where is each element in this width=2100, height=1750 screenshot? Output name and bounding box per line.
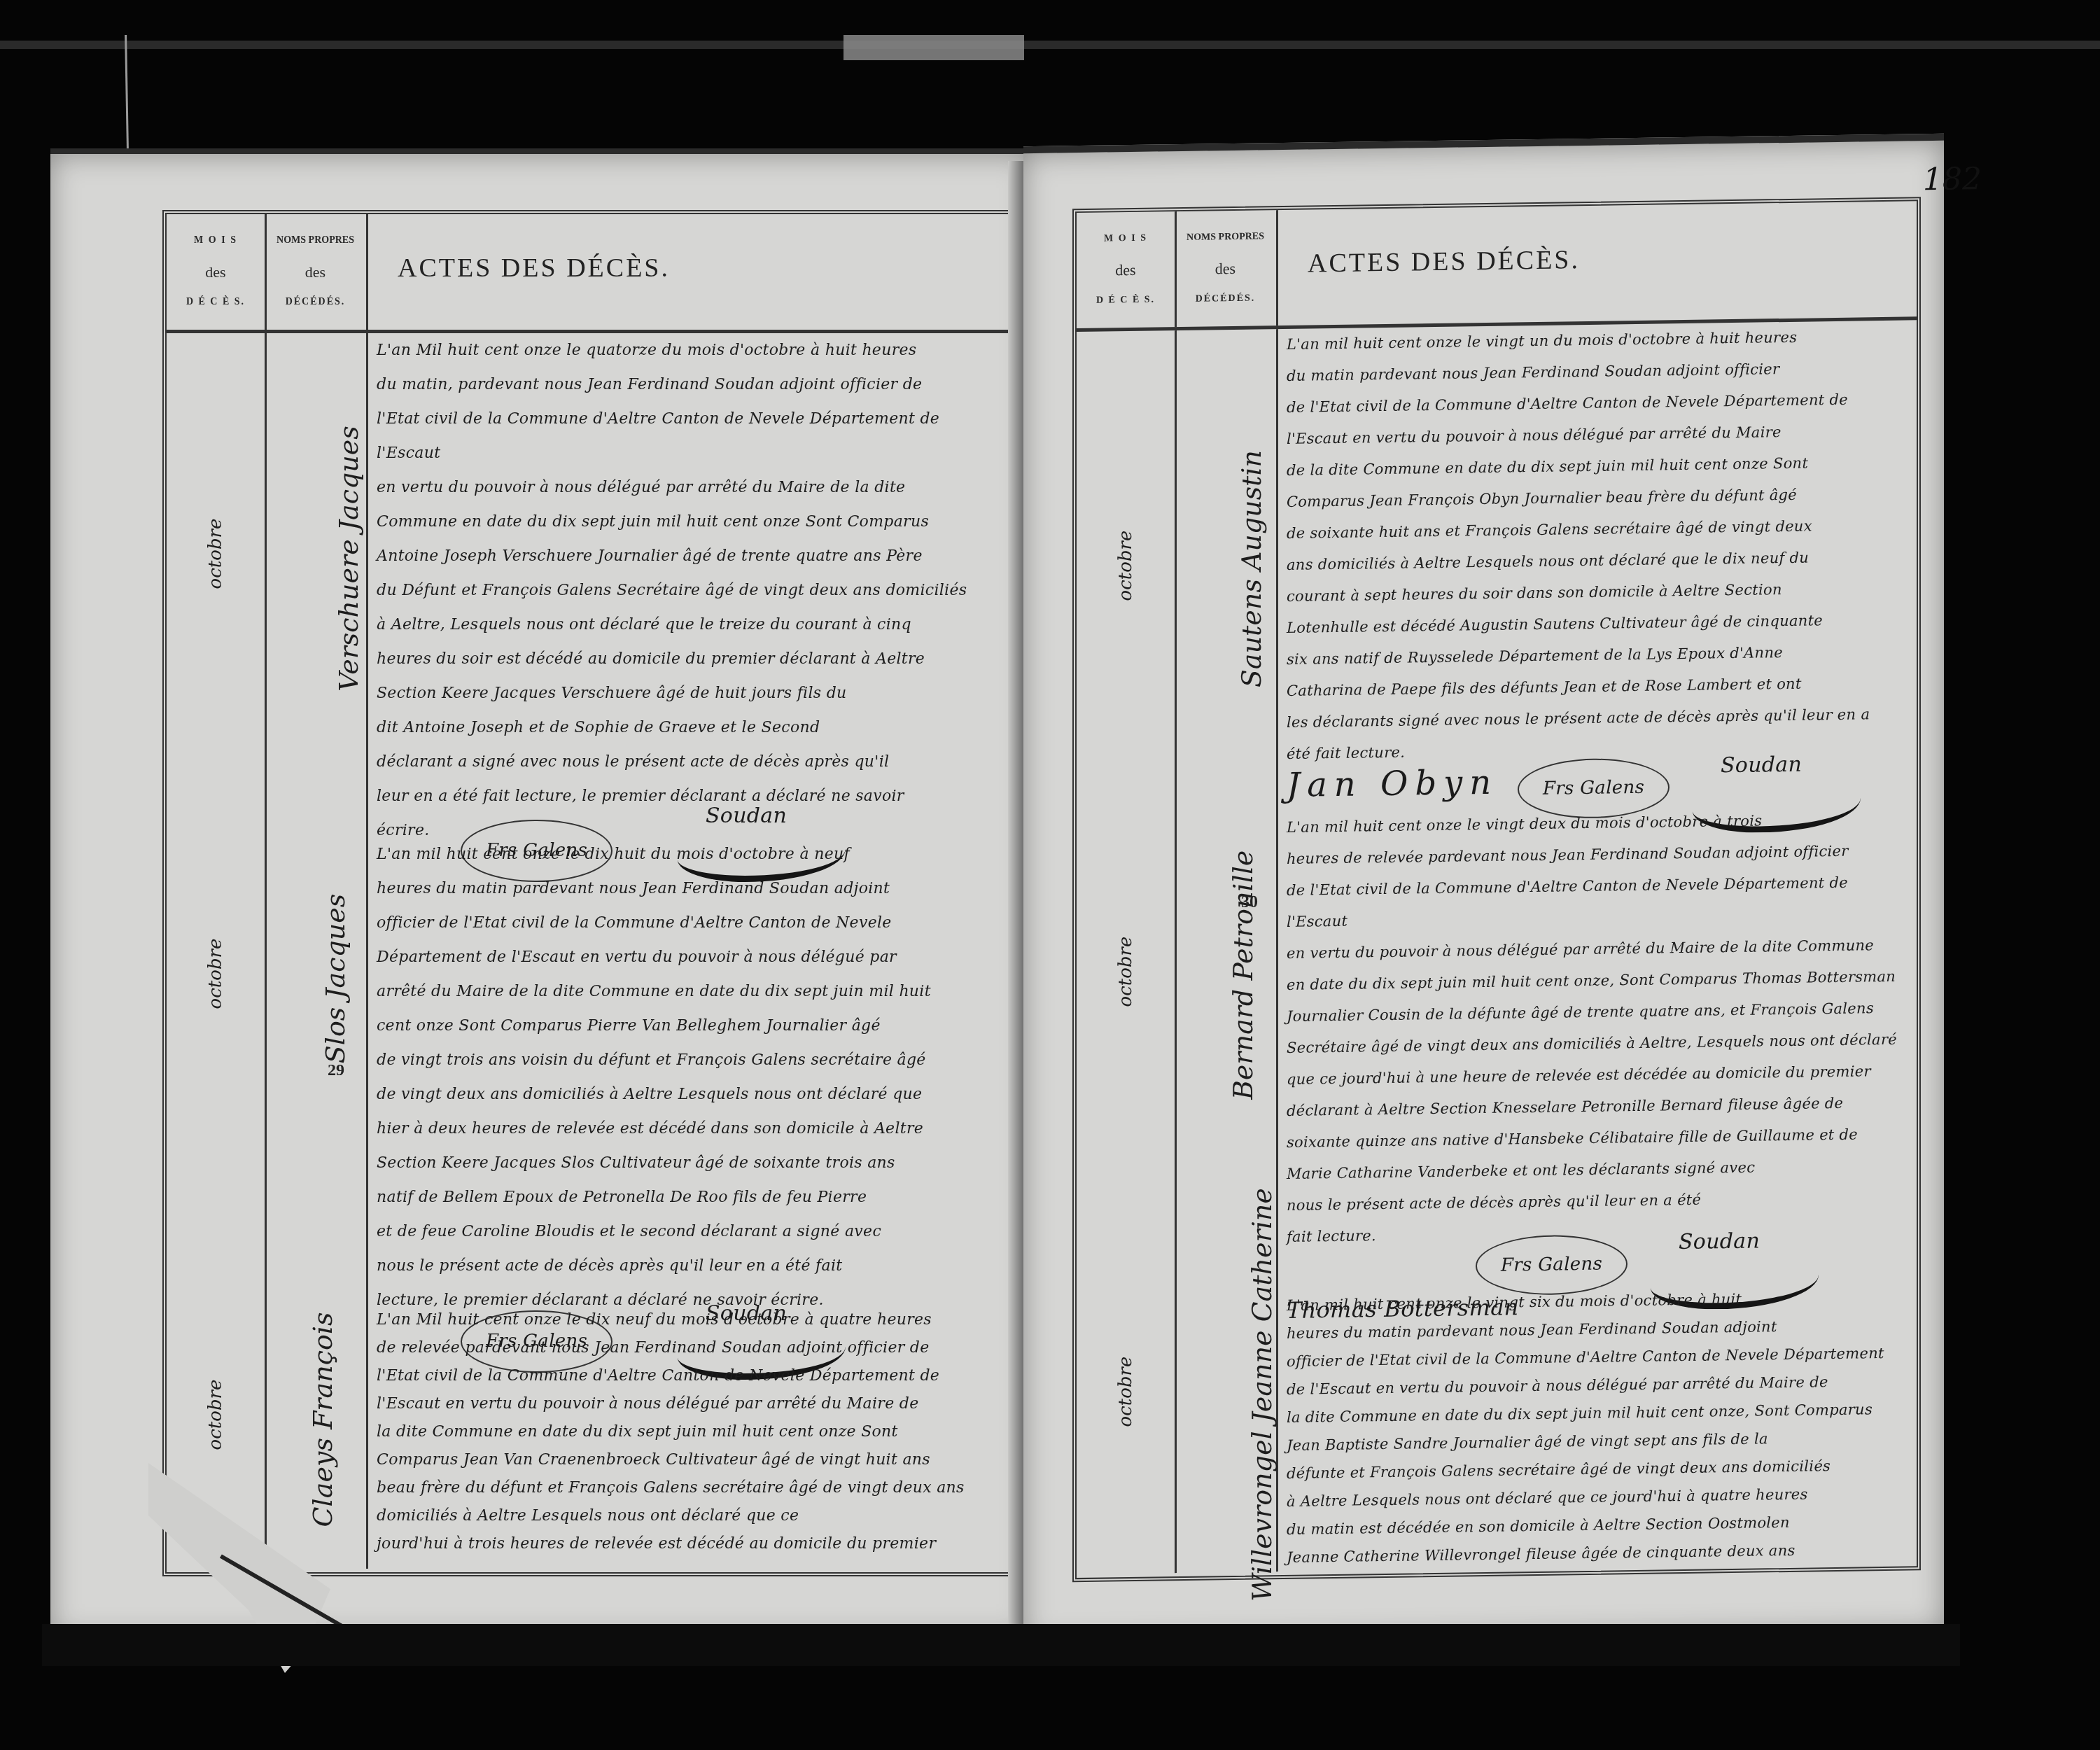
left-page: M O I S des D É C È S. NOMS PROPRES des … <box>50 148 1030 1638</box>
entry-month: octobre <box>205 1380 226 1450</box>
record-line: cent onze Sont Comparus Pierre Van Belle… <box>377 1009 979 1043</box>
header-mois-line1: M O I S <box>1077 232 1175 245</box>
right-page: 182 M O I S des D É C È S. NOMS PROPRES … <box>1023 134 1944 1644</box>
left-month-column: octobre octobre octobre <box>167 333 267 1569</box>
death-record-sautens: L'an mil huit cent onze le vingt un du m… <box>1287 321 1903 826</box>
header-mois-line2: des <box>167 263 265 281</box>
header-noms-line2: des <box>1175 259 1276 279</box>
header-noms-line2: des <box>265 263 366 281</box>
entry-month: octobre <box>205 519 226 589</box>
entry-month: octobre <box>1115 937 1136 1007</box>
record-line: L'an mil huit cent onze le dix huit du m… <box>377 837 979 871</box>
record-line: arrêté du Maire de la dite Commune en da… <box>377 974 979 1009</box>
death-record-slos: L'an mil huit cent onze le dix huit du m… <box>377 837 979 1373</box>
record-line: domiciliés à Aeltre Lesquels nous ont dé… <box>377 1502 979 1530</box>
left-name-column: Verschuere Jacques Slos Jacques 29 Claey… <box>265 333 368 1569</box>
header-noms-line1: NOMS PROPRES <box>265 235 366 246</box>
entry-number: 29 <box>328 1061 344 1080</box>
film-marker-tab <box>843 35 1024 60</box>
signature-soudan: Soudan <box>706 799 787 833</box>
record-line: heures du matin pardevant nous Jean Ferd… <box>377 871 979 906</box>
record-line: la dite Commune en date du dix sept juin… <box>377 1418 979 1446</box>
record-line: l'Etat civil de la Commune d'Aeltre Cant… <box>377 1362 979 1390</box>
record-line: L'an Mil huit cent onze le dix neuf du m… <box>377 1306 979 1334</box>
left-header-row: M O I S des D É C È S. NOMS PROPRES des … <box>167 214 1014 333</box>
page-title: ACTES DES DÉCÈS. <box>398 253 670 283</box>
record-line: du matin, pardevant nous Jean Ferdinand … <box>377 367 979 402</box>
signature-soudan: Soudan <box>1679 1225 1760 1258</box>
header-noms-propres: NOMS PROPRES des DÉCÉDÉS. <box>1175 210 1278 327</box>
record-line: Commune en date du dix sept juin mil hui… <box>377 505 979 539</box>
record-line: l'Etat civil de la Commune d'Aeltre Cant… <box>377 402 979 470</box>
header-mois-line2: des <box>1077 260 1175 280</box>
deceased-name: Bernard Petronille <box>1228 850 1259 1100</box>
header-noms-line3: DÉCÉDÉS. <box>265 297 366 308</box>
deceased-name: Sautens Augustin <box>1236 450 1267 688</box>
record-line: Antoine Joseph Verschuere Journalier âgé… <box>377 539 979 573</box>
deceased-name: Slos Jacques <box>320 894 351 1064</box>
right-register-frame: M O I S des D É C È S. NOMS PROPRES des … <box>1072 197 1921 1582</box>
right-month-column: octobre octobre octobre <box>1077 330 1177 1574</box>
record-line: officier de l'Etat civil de la Commune d… <box>377 906 979 940</box>
deceased-name: Claeys François <box>307 1312 338 1527</box>
page-title: ACTES DES DÉCÈS. <box>1308 244 1580 279</box>
record-line: de vingt deux ans domiciliés à Aeltre Le… <box>377 1077 979 1112</box>
left-register-frame: M O I S des D É C È S. NOMS PROPRES des … <box>162 210 1018 1576</box>
record-line: l'Escaut en vertu du pouvoir à nous délé… <box>377 1390 979 1418</box>
record-line: et de feue Caroline Bloudis et le second… <box>377 1214 979 1249</box>
header-noms-line3: DÉCÉDÉS. <box>1175 293 1276 305</box>
header-mois-line1: M O I S <box>167 235 265 246</box>
header-noms-propres: NOMS PROPRES des DÉCÉDÉS. <box>265 214 368 330</box>
record-line: de vingt trois ans voisin du défunt et F… <box>377 1043 979 1077</box>
record-line: Section Keere Jacques Verschuere âgé de … <box>377 676 979 710</box>
record-line: hier à deux heures de relevée est décédé… <box>377 1112 979 1146</box>
header-mois-line3: D É C È S. <box>1077 294 1175 307</box>
entry-month: octobre <box>205 939 226 1009</box>
deceased-name: Willevrongel Jeanne Catherine <box>1247 1188 1277 1602</box>
record-line: L'an Mil huit cent onze le quatorze du m… <box>377 333 979 367</box>
record-line: du Défunt et François Galens Secrétaire … <box>377 573 979 608</box>
record-line: leur en a été fait lecture, le premier d… <box>377 779 979 813</box>
signature-obyn: Jan Obyn <box>1287 767 1498 801</box>
signature-soudan: Soudan <box>1721 749 1802 782</box>
book-bottom-edge-shadow <box>42 1624 1960 1666</box>
death-record-bernard: L'an mil huit cent onze le vingt deux du… <box>1287 804 1903 1351</box>
death-record-claeys: L'an Mil huit cent onze le dix neuf du m… <box>377 1306 979 1558</box>
right-name-column: Sautens Augustin Bernard Petronille 30 W… <box>1175 329 1278 1573</box>
folio-number: 182 <box>1923 161 1982 197</box>
entry-number: 30 <box>1241 893 1258 912</box>
record-line: de l'Etat civil de la Commune d'Aeltre C… <box>1287 867 1903 938</box>
record-line: déclarant a signé avec nous le présent a… <box>377 745 979 779</box>
record-line: beau frère du défunt et François Galens … <box>377 1474 979 1502</box>
record-line: en vertu du pouvoir à nous délégué par a… <box>377 470 979 505</box>
record-line: jourd'hui à trois heures de relevée est … <box>377 1530 979 1558</box>
header-mois-des-deces: M O I S des D É C È S. <box>167 214 267 330</box>
header-mois-des-deces: M O I S des D É C È S. <box>1077 211 1177 328</box>
record-line: nous le présent acte de décès après qu'i… <box>377 1249 979 1283</box>
record-line: Département de l'Escaut en vertu du pouv… <box>377 940 979 974</box>
deceased-name: Verschuere Jacques <box>333 426 364 692</box>
death-record-willevrongel: L'an mil huit cent onze le vingt six du … <box>1287 1283 1903 1571</box>
record-line: à Aeltre, Lesquels nous ont déclaré que … <box>377 608 979 642</box>
scan-artifact-line <box>0 41 2100 49</box>
entry-month: octobre <box>1115 531 1136 601</box>
record-line: Section Keere Jacques Slos Cultivateur â… <box>377 1146 979 1180</box>
record-line: natif de Bellem Epoux de Petronella De R… <box>377 1180 979 1214</box>
death-record-verschuere: L'an Mil huit cent onze le quatorze du m… <box>377 333 979 904</box>
header-noms-line1: NOMS PROPRES <box>1175 231 1276 244</box>
record-line: de relevée pardevant nous Jean Ferdinand… <box>377 1334 979 1362</box>
header-mois-line3: D É C È S. <box>167 297 265 308</box>
record-line: Comparus Jean Van Craenenbroeck Cultivat… <box>377 1446 979 1474</box>
record-line: dit Antoine Joseph et de Sophie de Graev… <box>377 710 979 745</box>
record-line: heures du soir est décédé au domicile du… <box>377 642 979 676</box>
right-header-row: M O I S des D É C È S. NOMS PROPRES des … <box>1077 201 1917 332</box>
entry-month: octobre <box>1115 1357 1136 1427</box>
